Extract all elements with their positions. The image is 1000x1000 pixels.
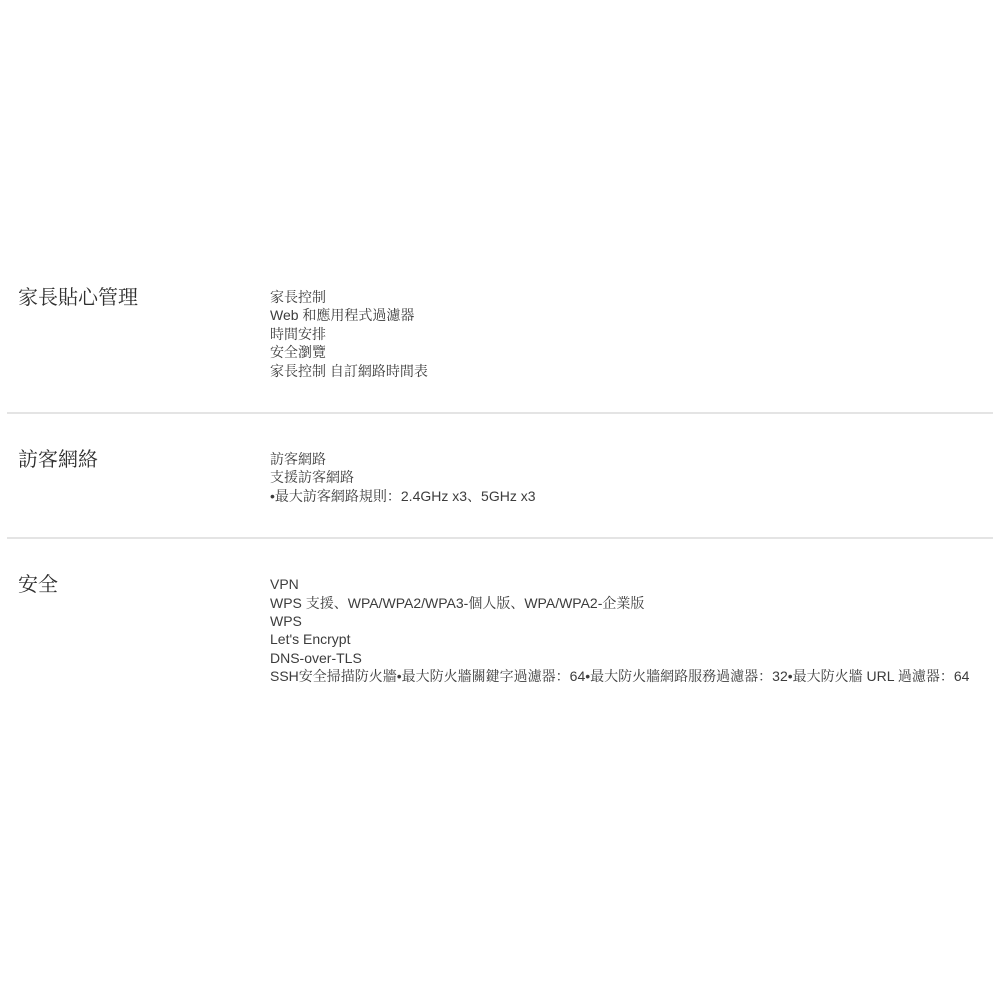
spec-page: 家長貼心管理 家長控制 Web 和應用程式過濾器 時間安排 安全瀏覽 家長控制 …	[0, 0, 1000, 718]
spec-section-guest-network: 訪客網絡 訪客網路 支援訪客網路 •最大訪客網路規則：2.4GHz x3、5GH…	[0, 414, 1000, 537]
section-content-guest-network: 訪客網路 支援訪客網路 •最大訪客網路規則：2.4GHz x3、5GHz x3	[270, 448, 975, 505]
spec-line: Let's Encrypt	[270, 630, 975, 648]
spec-line: Web 和應用程式過濾器	[270, 306, 975, 324]
spec-line: 家長控制 自訂網路時間表	[270, 362, 975, 380]
section-content-security: VPN WPS 支援、WPA/WPA2/WPA3-個人版、WPA/WPA2-企業…	[270, 573, 975, 685]
spec-line: 家長控制	[270, 288, 975, 306]
spec-line: SSH安全掃描防火牆•最大防火牆關鍵字過濾器：64•最大防火牆網路服務過濾器：3…	[270, 667, 975, 685]
spec-line: 安全瀏覽	[270, 343, 975, 361]
spec-line: DNS-over-TLS	[270, 649, 975, 667]
spec-line: 支援訪客網路	[270, 468, 975, 486]
spec-line: •最大訪客網路規則：2.4GHz x3、5GHz x3	[270, 487, 975, 505]
spec-line: WPS	[270, 612, 975, 630]
spec-line: WPS 支援、WPA/WPA2/WPA3-個人版、WPA/WPA2-企業版	[270, 594, 975, 612]
section-heading-guest-network: 訪客網絡	[18, 448, 270, 472]
spec-section-parental: 家長貼心管理 家長控制 Web 和應用程式過濾器 時間安排 安全瀏覽 家長控制 …	[0, 252, 1000, 412]
section-content-parental: 家長控制 Web 和應用程式過濾器 時間安排 安全瀏覽 家長控制 自訂網路時間表	[270, 286, 975, 380]
section-heading-security: 安全	[18, 573, 270, 597]
section-heading-parental: 家長貼心管理	[18, 286, 270, 310]
spec-line: 訪客網路	[270, 450, 975, 468]
spec-line: VPN	[270, 575, 975, 593]
spec-line: 時間安排	[270, 325, 975, 343]
spec-section-security: 安全 VPN WPS 支援、WPA/WPA2/WPA3-個人版、WPA/WPA2…	[0, 539, 1000, 717]
